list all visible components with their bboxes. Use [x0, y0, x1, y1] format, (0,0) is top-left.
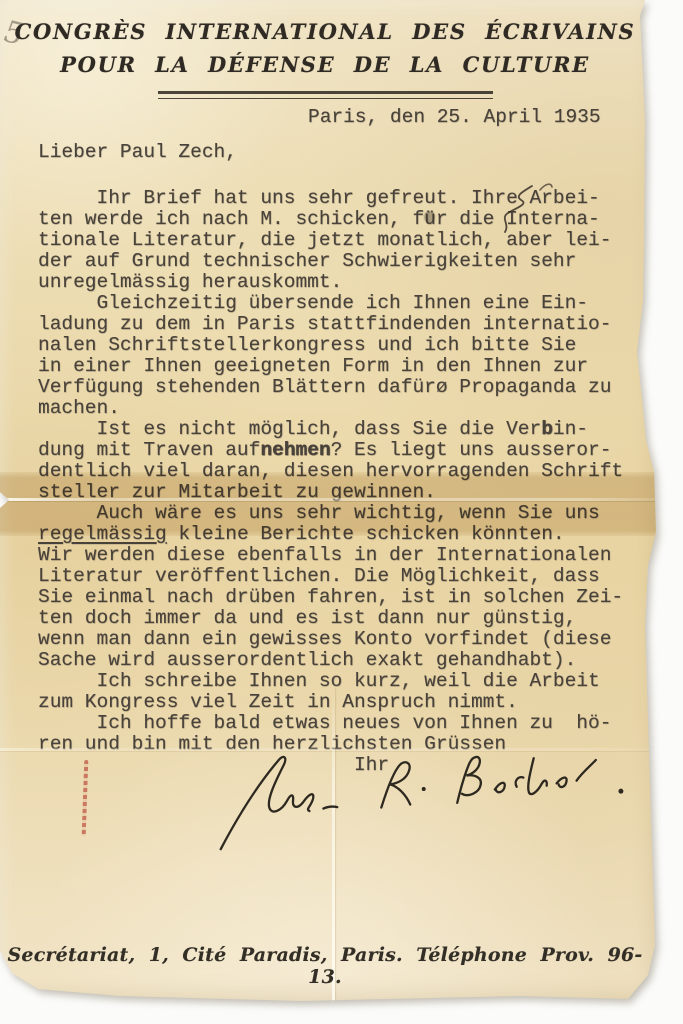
letterhead-double-rule: [158, 91, 493, 99]
typed-text-segment: regelmässig: [38, 523, 167, 545]
letterhead-line-2: POUR LA DÉFENSE DE LA CULTURE: [0, 48, 650, 81]
typed-line: ten doch immer da und es ist dann nur gü…: [38, 608, 650, 629]
signature-handwriting: [203, 734, 646, 854]
typed-text-segment: Wir werden diese ebenfalls in der Intern…: [38, 544, 611, 566]
typed-text-segment: dentlich viel daran, diesen hervorragend…: [38, 460, 623, 482]
signature: Joh. R. Becher.: [203, 734, 647, 859]
typed-text-segment: ? Es liegt uns ausseror-: [331, 439, 612, 461]
typed-text-segment: machen.: [38, 397, 120, 419]
typed-line: ladung zu dem in Paris stattfindenden in…: [38, 314, 650, 335]
typed-text-segment: Sache wird ausserordentlich exakt gehand…: [38, 649, 576, 671]
typed-text-segment: ten doch immer da und es ist dann nur gü…: [38, 607, 576, 629]
typed-line: Lieber Paul Zech,: [38, 142, 650, 163]
typed-line: Ich schreibe Ihnen so kurz, weil die Arb…: [38, 671, 650, 692]
footer-address: Secrétariat, 1, Cité Paradis, Paris. Tél…: [0, 944, 650, 988]
typed-text-segment: unregelmässig herauskommt.: [38, 271, 342, 293]
typed-line: nalen Schriftstellerkongress und ich bit…: [38, 335, 650, 356]
typed-line: Sie einmal nach drüben fahren, ist in so…: [38, 587, 650, 608]
typed-line: Ist es nicht möglich, dass Sie die Verbi…: [38, 419, 650, 440]
typed-text-segment: Ist es nicht möglich, dass Sie die Ver: [38, 418, 541, 440]
typed-line: Ich hoffe bald etwas neues von Ihnen zu …: [38, 713, 650, 734]
typed-line: Verfügung stehenden Blättern dafürø Prop…: [38, 377, 650, 398]
letter-paper: 5 CONGRÈS INTERNATIONAL DES ÉCRIVAINS PO…: [0, 0, 660, 1004]
paper-shadow: 5 CONGRÈS INTERNATIONAL DES ÉCRIVAINS PO…: [0, 0, 683, 1024]
typed-text-segment: steller zur Mitarbeit zu gewinnen.: [38, 481, 436, 503]
typed-line: der auf Grund technischer Schwierigkeite…: [38, 251, 650, 272]
scanned-letter: 5 CONGRÈS INTERNATIONAL DES ÉCRIVAINS PO…: [0, 0, 683, 1024]
typed-line: Gleichzeitig übersende ich Ihnen eine Ei…: [38, 293, 650, 314]
typed-text-segment: nehmen: [260, 439, 330, 461]
typed-text-segment: Ich schreibe Ihnen so kurz, weil die Arb…: [38, 670, 600, 692]
typed-text-segment: nalen Schriftstellerkongress und ich bit…: [38, 334, 576, 356]
typed-line: dentlich viel daran, diesen hervorragend…: [38, 461, 650, 482]
typed-line: Sache wird ausserordentlich exakt gehand…: [38, 650, 650, 671]
typed-line: Literatur veröffentlichen. Die Möglichke…: [38, 566, 650, 587]
typed-text-segment: wenn man dann ein gewisses Konto vorfind…: [38, 628, 611, 650]
typed-line: machen.: [38, 398, 650, 419]
typed-line: wenn man dann ein gewisses Konto vorfind…: [38, 629, 650, 650]
letterhead: CONGRÈS INTERNATIONAL DES ÉCRIVAINS POUR…: [0, 0, 650, 81]
typed-text-segment: Lieber Paul Zech,: [38, 141, 237, 163]
typed-text-segment: Verfügung stehenden Blättern dafürø Prop…: [38, 376, 611, 398]
typed-line: dung mit Traven aufnehmen? Es liegt uns …: [38, 440, 650, 461]
typed-text-segment: zum Kongress viel Zeit in Anspruch nimmt…: [38, 691, 518, 713]
letterhead-line-1: CONGRÈS INTERNATIONAL DES ÉCRIVAINS: [0, 15, 650, 48]
typed-line: unregelmässig herauskommt.: [38, 272, 650, 293]
typed-text-segment: ladung zu dem in Paris stattfindenden in…: [38, 313, 611, 335]
typed-text-segment: Sie einmal nach drüben fahren, ist in so…: [38, 586, 623, 608]
typed-text-segment: b: [541, 418, 553, 440]
typed-text-segment: der auf Grund technischer Schwierigkeite…: [38, 250, 576, 272]
typed-line: in einer Ihnen geeigneten Form in den Ih…: [38, 356, 650, 377]
typed-line: zum Kongress viel Zeit in Anspruch nimmt…: [38, 692, 650, 713]
typed-text-segment: Ich hoffe bald etwas neues von Ihnen zu …: [38, 712, 611, 734]
typed-text-segment: dung mit Traven auf: [38, 439, 260, 461]
letter-content: CONGRÈS INTERNATIONAL DES ÉCRIVAINS POUR…: [0, 0, 650, 776]
typed-text-segment: in-: [553, 418, 588, 440]
typed-line: Auch wäre es uns sehr wichtig, wenn Sie …: [38, 503, 650, 524]
dateline: Paris, den 25. April 1935: [0, 105, 650, 129]
typed-line: Wir werden diese ebenfalls in der Intern…: [38, 545, 650, 566]
ink-blot: [424, 211, 435, 223]
typed-text-segment: kleine Berichte schicken könnten.: [167, 523, 565, 545]
typed-text-segment: Gleichzeitig übersende ich Ihnen eine Ei…: [38, 292, 588, 314]
typed-line: regelmässig kleine Berichte schicken kön…: [38, 524, 650, 545]
typed-text-segment: in einer Ihnen geeigneten Form in den Ih…: [38, 355, 588, 377]
typed-line: steller zur Mitarbeit zu gewinnen.: [38, 482, 650, 503]
typed-text-segment: Literatur veröffentlichen. Die Möglichke…: [38, 565, 600, 587]
ink-squiggle-mark: [482, 178, 574, 244]
typed-text-segment: Auch wäre es uns sehr wichtig, wenn Sie …: [38, 502, 600, 524]
